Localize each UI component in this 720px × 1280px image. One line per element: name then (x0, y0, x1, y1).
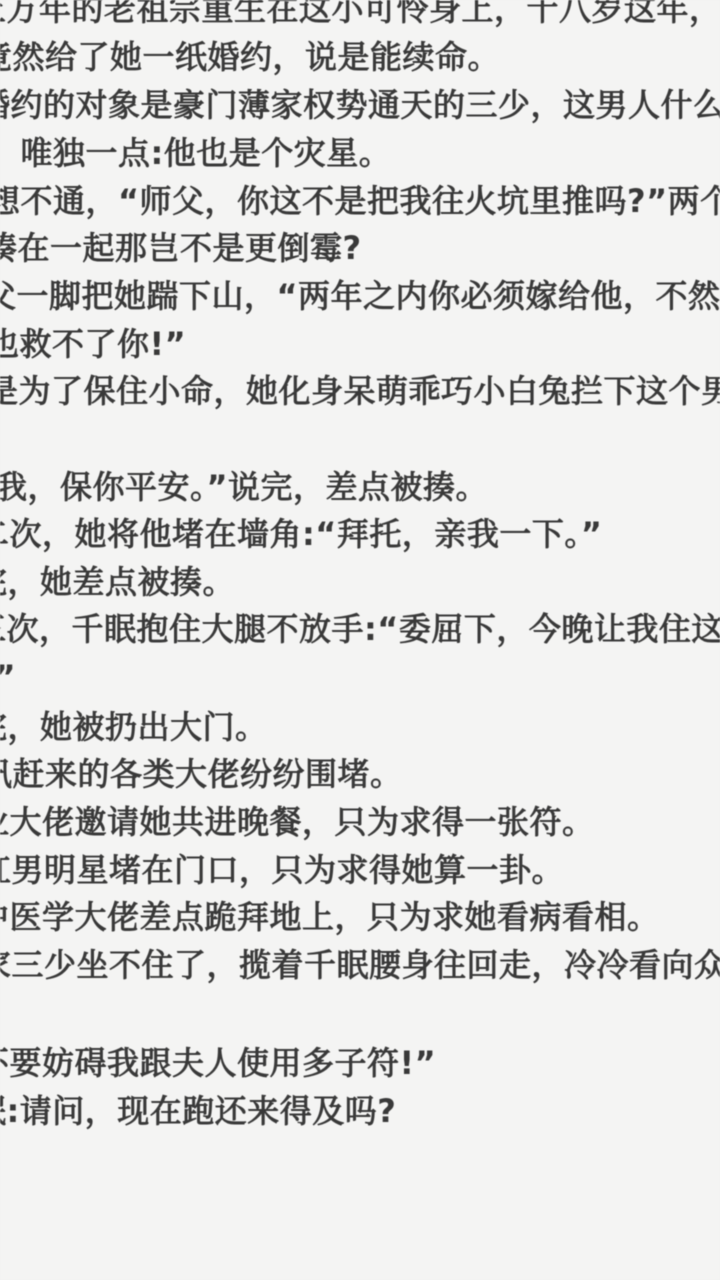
text-line: 讯赶来的各类大佬纷纷围堵。 (0, 757, 403, 792)
text-line: 完，她被扔出大门。 (0, 710, 268, 745)
text-line: 红男明星堵在门口，只为求得她算一卦。 (0, 853, 564, 888)
text-line: 三次，千眠抱住大腿不放手:“委屈下，今晚让我住这里 (0, 612, 720, 647)
text-line: 二次，她将他堵在墙角:“拜托，亲我一下。” (0, 517, 602, 552)
text-line: 上万年的老祖宗重生在这小可怜身上，十八岁这年， (0, 0, 720, 27)
text-line: 婚约的对象是豪门薄家权势通天的三少，这男人什么都 (0, 88, 720, 123)
text-line: 不要妨碍我跟夫人使用多子符!” (0, 1046, 436, 1081)
text-line: 家三少坐不住了，揽着千眠腰身往回走，冷冷看向众人 (0, 948, 720, 983)
text-line: 中医学大佬差点跪拜地上，只为求她看病看相。 (0, 900, 660, 935)
text-line: 也救不了你!” (0, 327, 186, 362)
text-line: 。” (0, 660, 16, 695)
text-line: 业大佬邀请她共进晚餐，只为求得一张符。 (0, 805, 595, 840)
text-line: 竟然给了她一纸婚约，说是能续命。 (0, 40, 500, 75)
text-line: 我，保你平安。”说完，差点被揍。 (0, 470, 488, 505)
text-line: 眠:请问，现在跑还来得及吗? (0, 1094, 396, 1129)
text-line: 想不通，“师父，你这不是把我往火坑里推吗?”两个 (0, 184, 720, 219)
text-line: ，唯独一点:他也是个灾星。 (0, 136, 391, 171)
text-line: 是为了保住小命，她化身呆萌乖巧小白兔拦下这个男人 (0, 374, 720, 409)
text-line: 凑在一起那岂不是更倒霉? (0, 231, 362, 266)
text-line: 完，她差点被揍。 (0, 565, 235, 600)
novel-blurb-page: 上万年的老祖宗重生在这小可怜身上，十八岁这年，竟然给了她一纸婚约，说是能续命。婚… (0, 0, 720, 1280)
text-line: 父一脚把她踹下山，“两年之内你必须嫁给他，不然 (0, 279, 720, 314)
